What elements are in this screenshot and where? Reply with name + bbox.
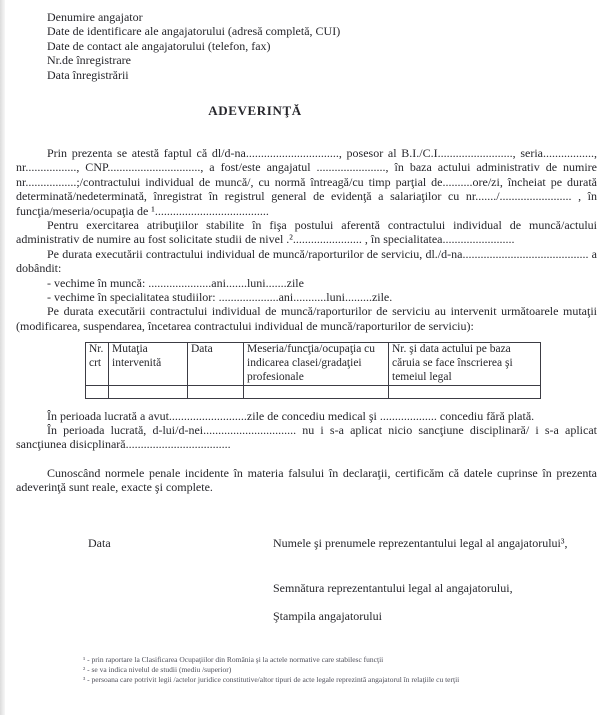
table-header-occupation: Meseria/funcţia/ocupaţia cu indicarea cl… [244, 343, 389, 385]
table-cell-empty [244, 385, 389, 398]
signature-top-row: Data Numele şi prenumele reprezentantulu… [16, 536, 597, 550]
footnote-legal-representative: ³ - persoana care potrivit legii /actelo… [83, 675, 583, 685]
employer-name-line: Denumire angajator [47, 10, 340, 24]
registration-date-line: Data înregistrării [47, 68, 340, 82]
paragraph-certification: Cunoscând normele penale incidente în ma… [16, 466, 597, 495]
paragraph-mutations-intro: Pe durata executării contractului indivi… [16, 304, 597, 333]
document-body: Prin prezenta se atestă faptul că dl/d-n… [16, 146, 597, 495]
table-header-mutation: Mutaţia intervenită [109, 343, 188, 385]
seniority-work-line: - vechime în muncă: ....................… [47, 276, 597, 290]
paragraph-disciplinary-sanctions: În perioada lucrată, d-lui/d-nei........… [16, 423, 597, 452]
employer-contact-line: Date de contact ale angajatorului (telef… [47, 39, 340, 53]
representative-name-label: Numele şi prenumele reprezentantului leg… [273, 536, 567, 551]
paragraph-medical-leave: În perioada lucrată a avut..............… [16, 409, 597, 423]
table-header-act-basis: Nr. şi data actului pe baza căruia se fa… [389, 343, 541, 385]
footnote-occupation-classification: ¹ - prin raportare la Clasificarea Ocupa… [83, 655, 583, 665]
employer-identification-line: Date de identificare ale angajatorului (… [47, 24, 340, 38]
paragraph-seniority-intro: Pe durata executării contractului indivi… [16, 247, 597, 276]
table-cell-empty [109, 385, 188, 398]
paragraph-required-studies: Pentru exercitarea atribuţiilor stabilit… [16, 218, 597, 247]
footnotes-block: ¹ - prin raportare la Clasificarea Ocupa… [83, 655, 583, 685]
employer-stamp-label: Ştampila angajatorului [273, 609, 597, 624]
table-cell-empty [188, 385, 244, 398]
representative-signature-label: Semnătura reprezentantului legal al anga… [273, 581, 597, 596]
table-cell-empty [389, 385, 541, 398]
table-header-nr-crt: Nr. crt [86, 343, 109, 385]
table-cell-empty [86, 385, 109, 398]
mutations-table: Nr. crt Mutaţia intervenită Data Meseria… [85, 342, 541, 398]
paragraph-attestation: Prin prezenta se atestă faptul că dl/d-n… [16, 146, 597, 218]
document-title: ADEVERINŢĂ [0, 103, 510, 119]
mutations-table-header-row: Nr. crt Mutaţia intervenită Data Meseria… [86, 343, 541, 385]
seniority-studies-line: - vechime în specialitatea studiilor: ..… [47, 290, 597, 304]
certificate-page: Denumire angajator Date de identificare … [0, 0, 613, 715]
footnote-study-level: ² - se va indica nivelul de studii (medi… [83, 665, 583, 675]
registration-number-line: Nr.de înregistrare [47, 53, 340, 67]
date-label: Data [88, 536, 111, 551]
employer-header-block: Denumire angajator Date de identificare … [47, 10, 340, 82]
mutations-table-empty-row [86, 385, 541, 398]
signature-block: Data Numele şi prenumele reprezentantulu… [16, 536, 597, 624]
table-header-date: Data [188, 343, 244, 385]
